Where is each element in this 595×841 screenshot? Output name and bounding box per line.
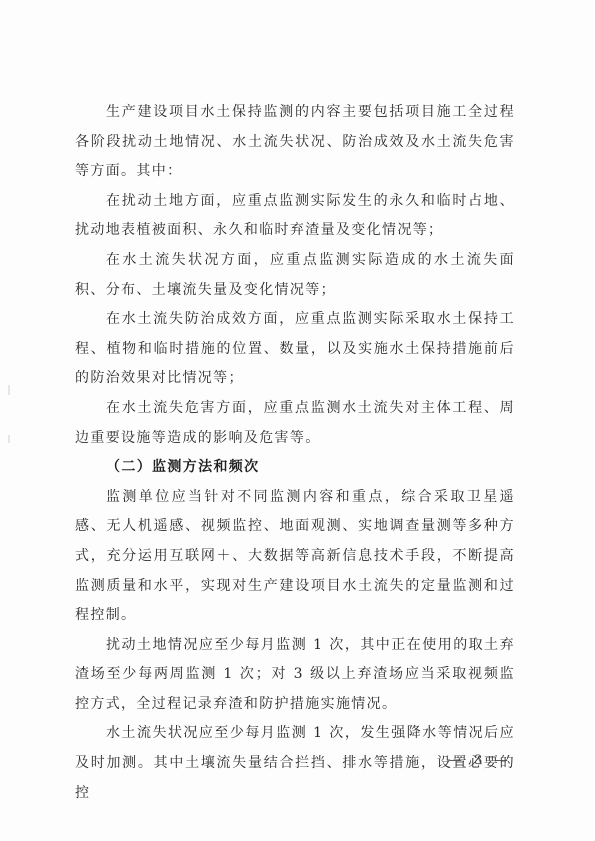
paragraph-disturbed-land: 在扰动土地方面，应重点监测实际发生的永久和临时占地、扰动地表植被面积、永久和临时… — [75, 187, 515, 246]
scan-artifact — [8, 385, 10, 395]
paragraph-monitoring-methods: 监测单位应当针对不同监测内容和重点，综合采取卫星遥感、无人机遥感、视频监控、地面… — [75, 483, 515, 631]
page-number: — 3 — — [449, 753, 512, 768]
document-page: 生产建设项目水土保持监测的内容主要包括项目施工全过程各阶段扰动土地情况、水土流失… — [0, 0, 595, 841]
section-heading: （二）监测方法和频次 — [75, 453, 515, 483]
scan-artifact — [8, 435, 10, 443]
document-body: 生产建设项目水土保持监测的内容主要包括项目施工全过程各阶段扰动土地情况、水土流失… — [75, 98, 515, 808]
paragraph-disturbance-frequency: 扰动土地情况应至少每月监测 1 次，其中正在使用的取土弃渣场至少每两周监测 1 … — [75, 631, 515, 720]
paragraph-erosion-hazard: 在水土流失危害方面，应重点监测水土流失对主体工程、周边重要设施等造成的影响及危害… — [75, 394, 515, 453]
paragraph-prevention-effect: 在水土流失防治成效方面，应重点监测实际采取水土保持工程、植物和临时措施的位置、数… — [75, 305, 515, 394]
paragraph-intro: 生产建设项目水土保持监测的内容主要包括项目施工全过程各阶段扰动土地情况、水土流失… — [75, 98, 515, 187]
paragraph-soil-erosion-status: 在水土流失状况方面，应重点监测实际造成的水土流失面积、分布、土壤流失量及变化情况… — [75, 246, 515, 305]
